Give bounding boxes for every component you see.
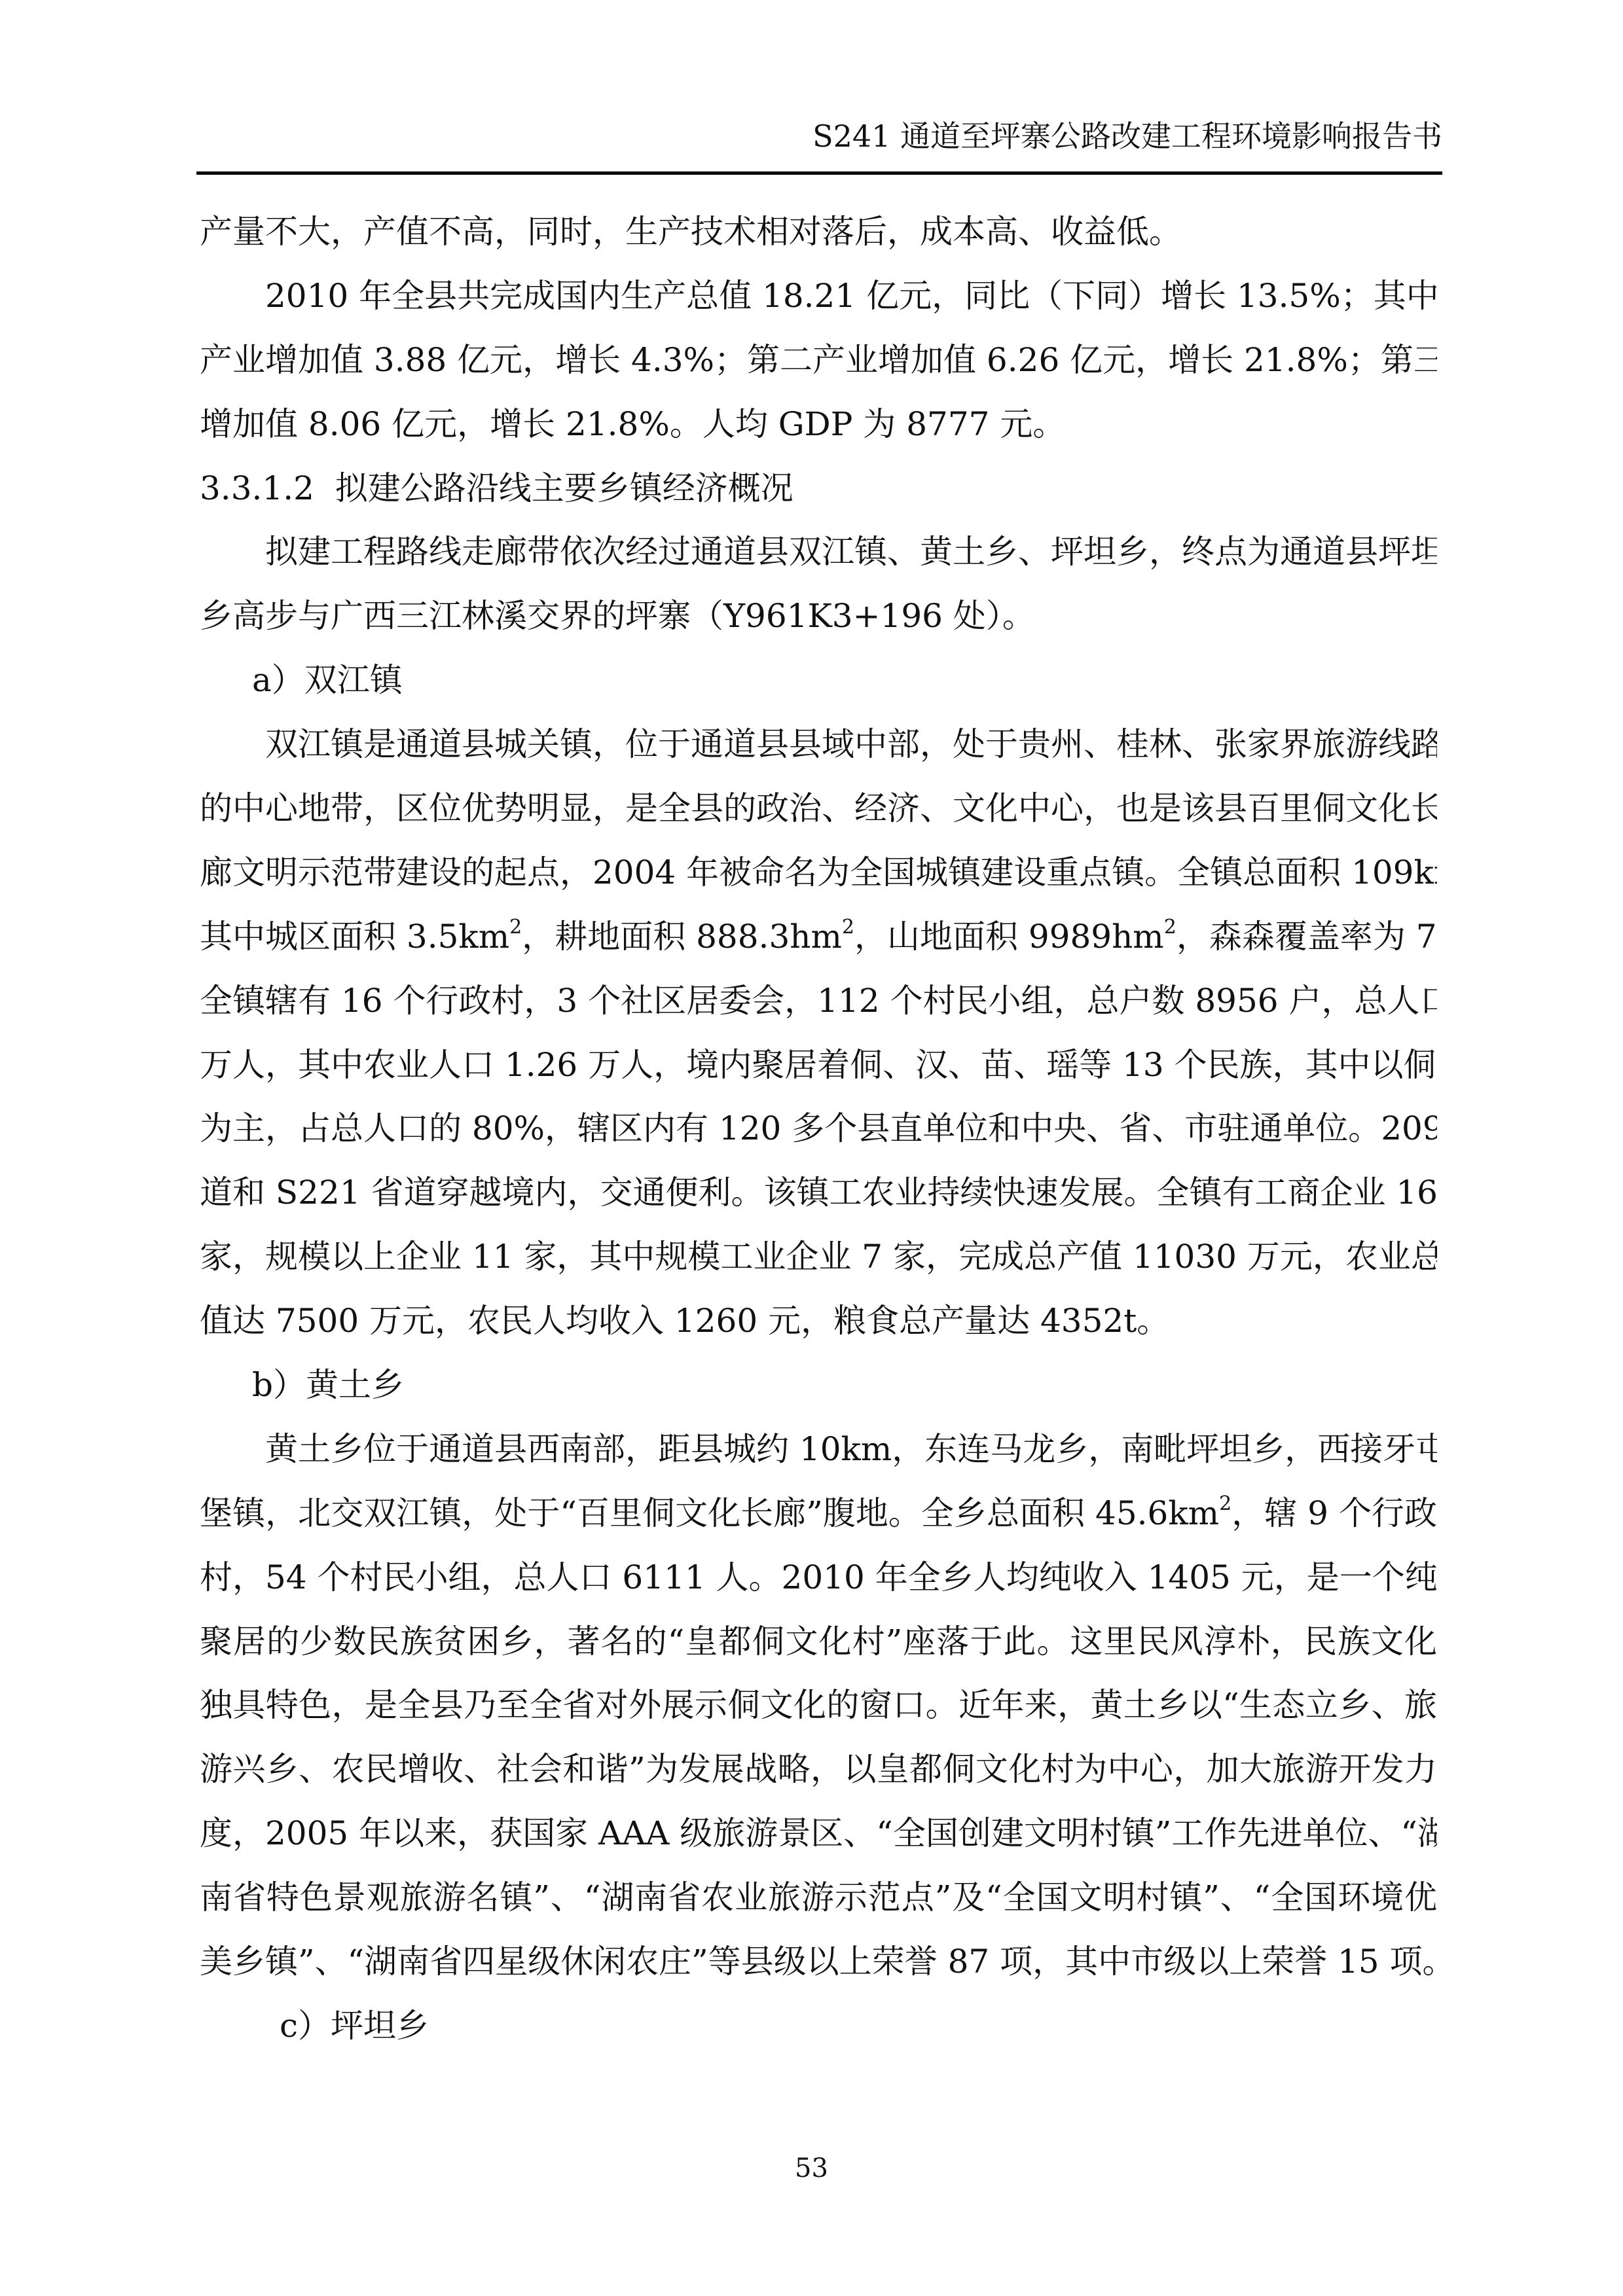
header-divider xyxy=(196,171,1442,175)
subsection-heading-shuangjiang: a）双江镇 xyxy=(200,649,1437,713)
paragraph-line: 值达 7500 万元，农民人均收入 1260 元，粮食总产量达 4352t。 xyxy=(200,1289,1437,1354)
page-number: 53 xyxy=(0,2152,1623,2185)
paragraph-line: 家，规模以上企业 11 家，其中规模工业企业 7 家，完成总产值 11030 万… xyxy=(200,1225,1437,1289)
paragraph-line: 双江镇是通道县城关镇，位于通道县县域中部，处于贵州、桂林、张家界旅游线路 xyxy=(200,713,1437,777)
page-body: 产量不大，产值不高，同时，生产技术相对落后，成本高、收益低。 2010 年全县共… xyxy=(200,200,1437,2058)
paragraph-line: 的中心地带，区位优势明显，是全县的政治、经济、文化中心，也是该县百里侗文化长 xyxy=(200,777,1437,841)
paragraph-line: 游兴乡、农民增收、社会和谐”为发展战略，以皇都侗文化村为中心，加大旅游开发力 xyxy=(200,1738,1437,1802)
paragraph-line: 拟建工程路线走廊带依次经过通道县双江镇、黄土乡、坪坦乡，终点为通道县坪坦 xyxy=(200,520,1437,584)
document-title: S241 通道至坪寨公路改建工程环境影响报告书 xyxy=(812,117,1442,156)
paragraph-line: 黄土乡位于通道县西南部，距县城约 10km，东连马龙乡，南毗坪坦乡，西接牙屯 xyxy=(200,1418,1437,1482)
paragraph-line: 乡高步与广西三江林溪交界的坪寨（Y961K3+196 处）。 xyxy=(200,584,1437,649)
subsection-heading-pingtan: c）坪坦乡 xyxy=(200,1994,1437,2058)
paragraph-line: 增加值 8.06 亿元，增长 21.8%。人均 GDP 为 8777 元。 xyxy=(200,393,1437,457)
paragraph-line: 聚居的少数民族贫困乡，著名的“皇都侗文化村”座落于此。这里民风淳朴，民族文化 xyxy=(200,1610,1437,1674)
paragraph-line: 产量不大，产值不高，同时，生产技术相对落后，成本高、收益低。 xyxy=(200,200,1437,264)
paragraph-line: 其中城区面积 3.5km2，耕地面积 888.3hm2，山地面积 9989hm2… xyxy=(200,905,1437,969)
paragraph-line: 南省特色景观旅游名镇”、“湖南省农业旅游示范点”及“全国文明村镇”、“全国环境优 xyxy=(200,1866,1437,1930)
paragraph-line: 廊文明示范带建设的起点，2004 年被命名为全国城镇建设重点镇。全镇总面积 10… xyxy=(200,841,1437,905)
paragraph-line: 为主，占总人口的 80%，辖区内有 120 多个县直单位和中央、省、市驻通单位。… xyxy=(200,1097,1437,1161)
paragraph-line: 全镇辖有 16 个行政村，3 个社区居委会，112 个村民小组，总户数 8956… xyxy=(200,969,1437,1033)
paragraph-line: 产业增加值 3.88 亿元，增长 4.3%；第二产业增加值 6.26 亿元，增长… xyxy=(200,329,1437,393)
paragraph-line: 独具特色，是全县乃至全省对外展示侗文化的窗口。近年来，黄土乡以“生态立乡、旅 xyxy=(200,1674,1437,1738)
paragraph-line: 万人，其中农业人口 1.26 万人，境内聚居着侗、汉、苗、瑶等 13 个民族，其… xyxy=(200,1033,1437,1098)
paragraph-line: 村，54 个村民小组，总人口 6111 人。2010 年全乡人均纯收入 1405… xyxy=(200,1546,1437,1610)
section-heading: 3.3.1.2 拟建公路沿线主要乡镇经济概况 xyxy=(200,457,1437,521)
paragraph-line: 美乡镇”、“湖南省四星级休闲农庄”等县级以上荣誉 87 项，其中市级以上荣誉 1… xyxy=(200,1930,1437,1994)
paragraph-line: 道和 S221 省道穿越境内，交通便利。该镇工农业持续快速发展。全镇有工商企业 … xyxy=(200,1161,1437,1225)
paragraph-line: 堡镇，北交双江镇，处于“百里侗文化长廊”腹地。全乡总面积 45.6km2，辖 9… xyxy=(200,1482,1437,1546)
paragraph-line: 度，2005 年以来，获国家 AAA 级旅游景区、“全国创建文明村镇”工作先进单… xyxy=(200,1802,1437,1866)
paragraph-line: 2010 年全县共完成国内生产总值 18.21 亿元，同比（下同）增长 13.5… xyxy=(200,264,1437,329)
subsection-heading-huangtu: b）黄土乡 xyxy=(200,1354,1437,1418)
